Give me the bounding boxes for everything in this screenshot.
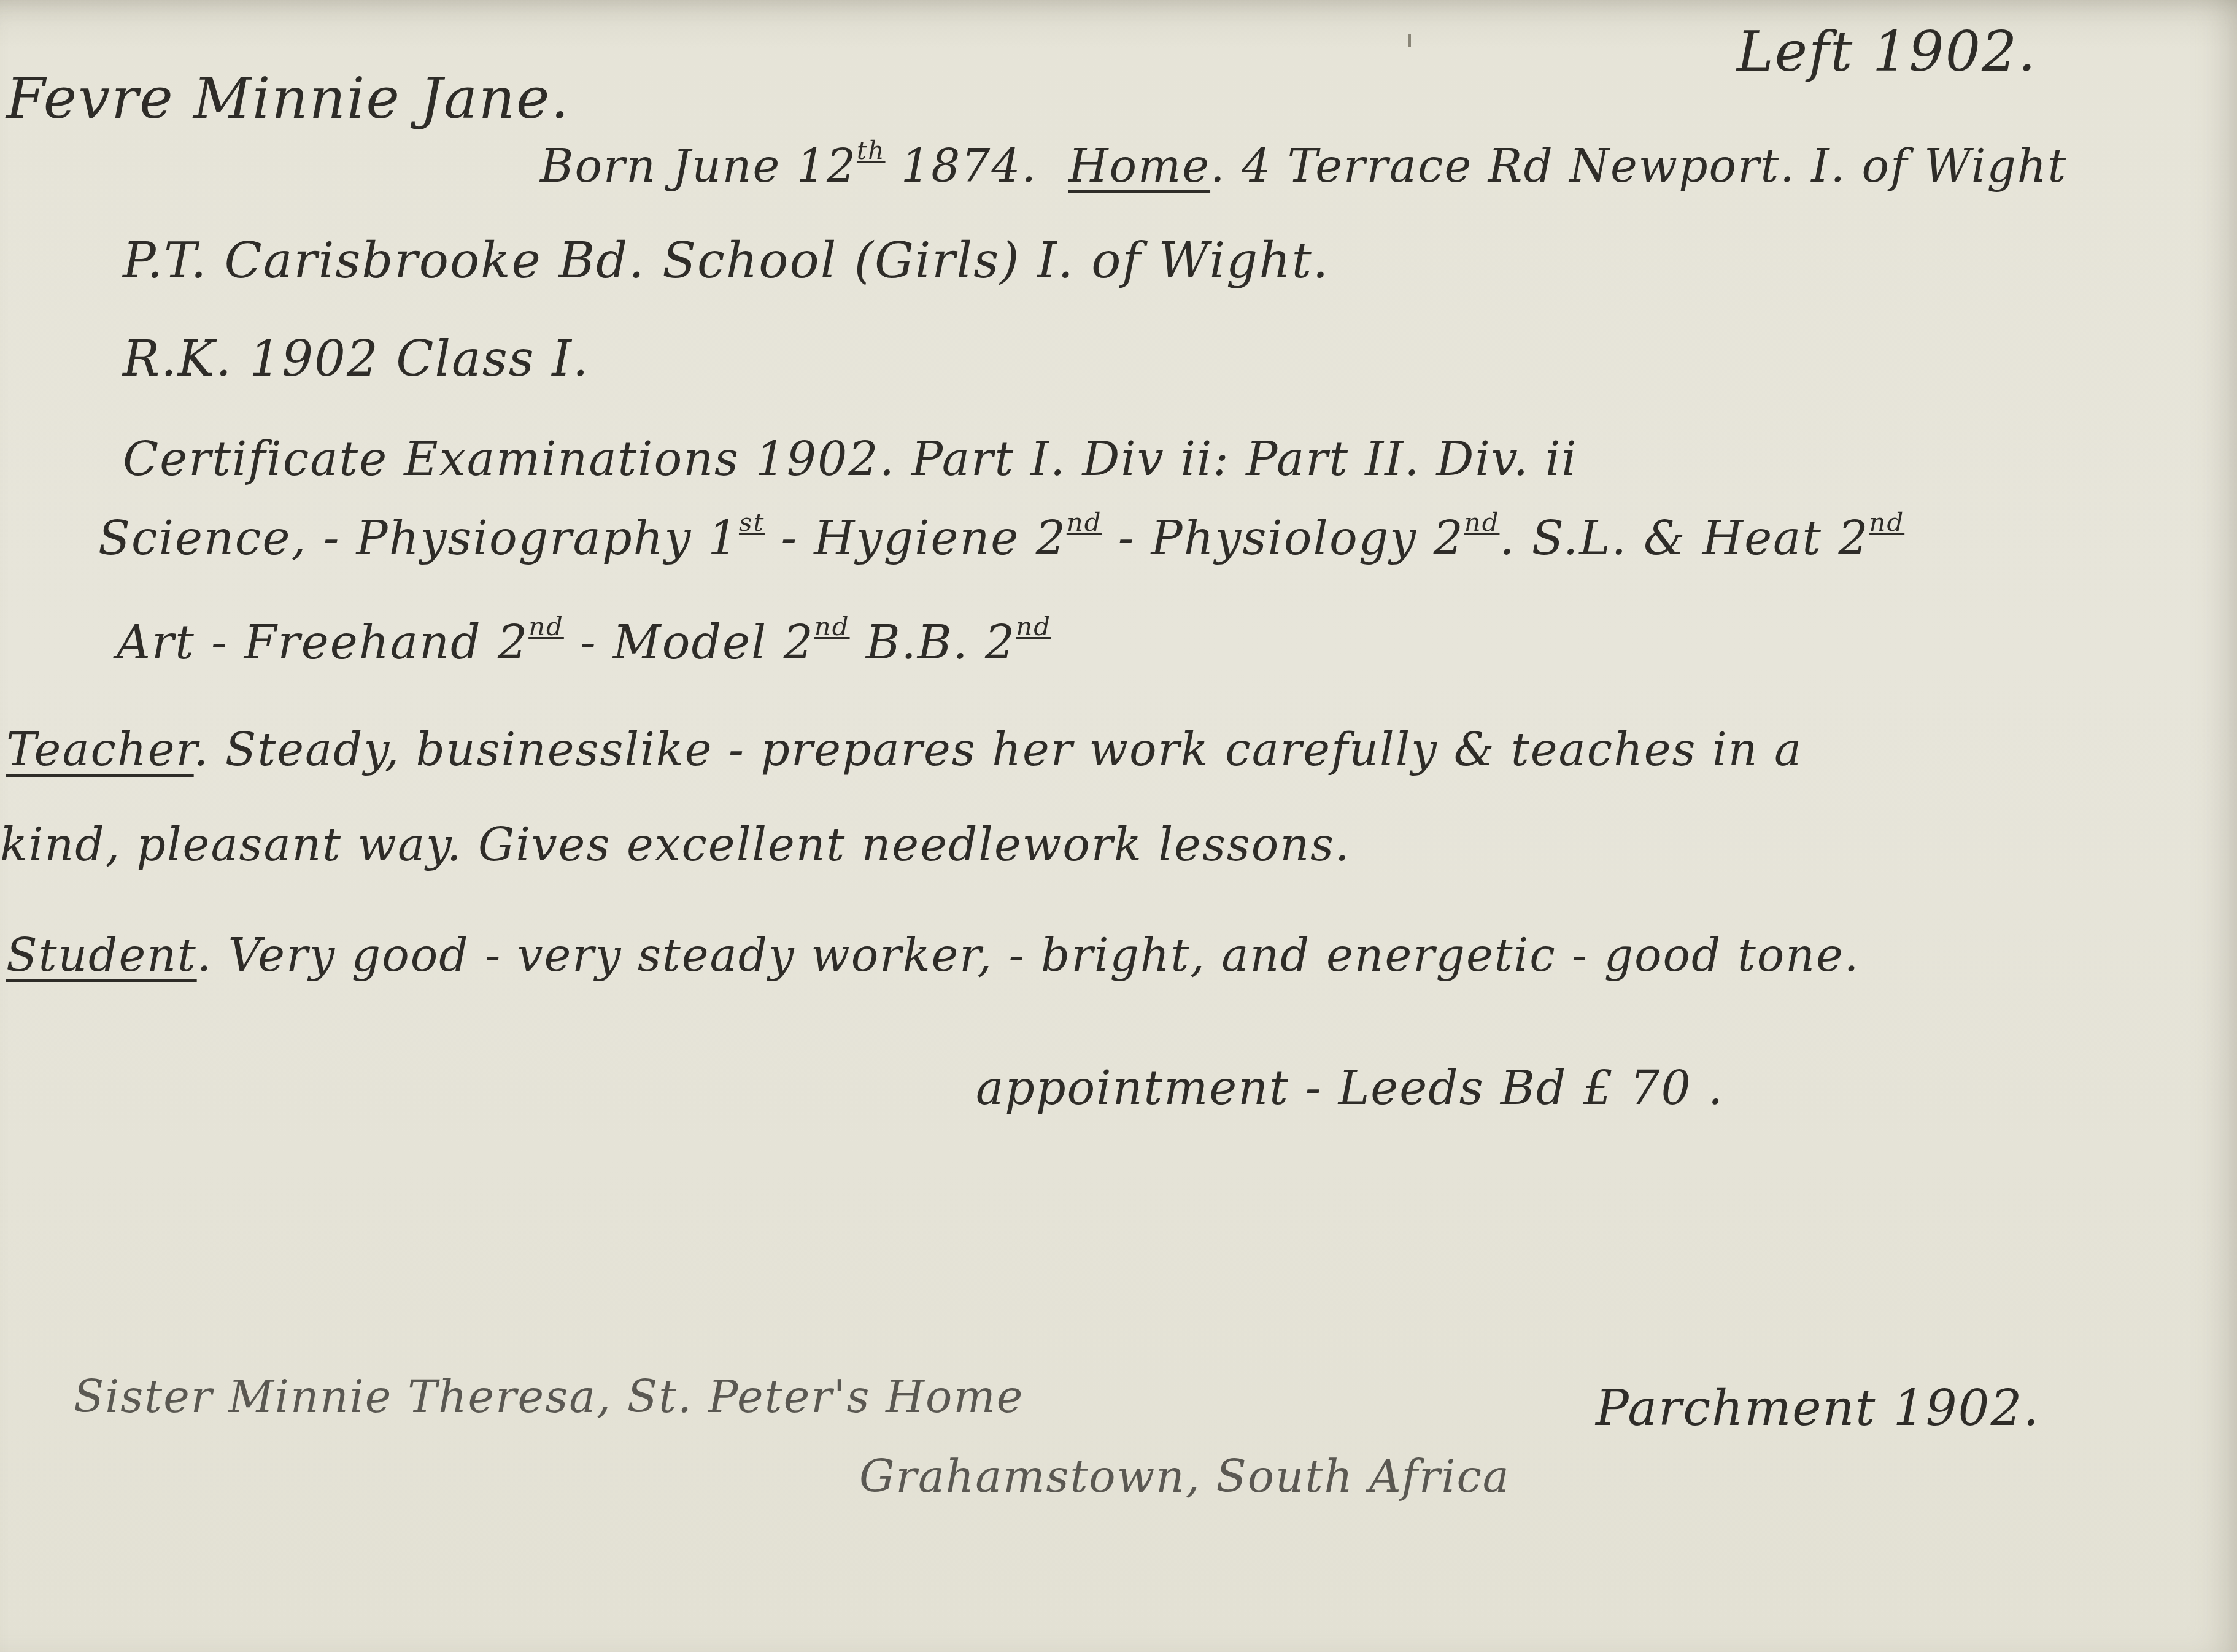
birth-home-line: Born June 12th 1874. Home. 4 Terrace Rd … bbox=[540, 138, 2067, 189]
teacher-comment: . Steady, businesslike - prepares her wo… bbox=[194, 724, 1802, 776]
art-text: B.B. 2 bbox=[850, 615, 1016, 670]
later-note-line1: Sister Minnie Theresa, St. Peter's Home bbox=[74, 1375, 1024, 1419]
ordinal-suffix: nd bbox=[814, 611, 850, 641]
ordinal-suffix: st bbox=[739, 507, 765, 537]
later-note-line2: Grahamstown, South Africa bbox=[859, 1454, 1510, 1499]
science-text: - Physiology 2 bbox=[1102, 511, 1464, 565]
birth-date: June 12 bbox=[673, 140, 857, 193]
teacher-label: Teacher bbox=[6, 724, 194, 776]
art-text: Art - Freehand 2 bbox=[117, 615, 528, 670]
art-text: - Model 2 bbox=[564, 615, 814, 670]
birth-year: 1874. bbox=[901, 140, 1037, 193]
science-text: - Hygiene 2 bbox=[765, 511, 1067, 565]
science-text: . S.L. & Heat 2 bbox=[1499, 511, 1869, 565]
birth-date-suffix: th bbox=[857, 136, 886, 165]
ordinal-suffix: nd bbox=[1016, 611, 1051, 641]
teacher-assessment-line2: kind, pleasant way. Gives excellent need… bbox=[0, 822, 1351, 868]
certificate-examinations: Certificate Examinations 1902. Part I. D… bbox=[123, 436, 1578, 482]
ordinal-suffix: nd bbox=[528, 611, 564, 641]
paper-mark bbox=[1408, 34, 1411, 47]
student-assessment: Student. Very good - very steady worker,… bbox=[6, 933, 1860, 978]
rk-class: R.K. 1902 Class I. bbox=[123, 334, 589, 384]
parchment-year: Parchment 1902. bbox=[1596, 1384, 2040, 1433]
born-label: Born bbox=[540, 140, 657, 193]
teacher-assessment-line1: Teacher. Steady, businesslike - prepares… bbox=[6, 727, 1802, 773]
ordinal-suffix: nd bbox=[1869, 507, 1904, 537]
record-page: Left 1902. Fevre Minnie Jane. Born June … bbox=[0, 0, 2237, 1652]
home-address: . 4 Terrace Rd Newport. I. of Wight bbox=[1210, 140, 2067, 193]
home-label: Home bbox=[1068, 140, 1210, 193]
pupil-teacher-school: P.T. Carisbrooke Bd. School (Girls) I. o… bbox=[123, 236, 1329, 285]
student-label: Student bbox=[6, 929, 197, 982]
science-text: Science, - Physiography 1 bbox=[98, 511, 739, 565]
student-comment: . Very good - very steady worker, - brig… bbox=[197, 929, 1860, 982]
appointment: appointment - Leeds Bd £ 70 . bbox=[976, 1065, 1724, 1111]
ordinal-suffix: nd bbox=[1067, 507, 1102, 537]
student-name: Fevre Minnie Jane. bbox=[6, 71, 570, 127]
left-year: Left 1902. bbox=[1737, 25, 2037, 80]
ordinal-suffix: nd bbox=[1464, 507, 1500, 537]
art-results: Art - Freehand 2nd - Model 2nd B.B. 2nd bbox=[117, 614, 1051, 666]
science-results: Science, - Physiography 1st - Hygiene 2n… bbox=[98, 509, 1904, 562]
